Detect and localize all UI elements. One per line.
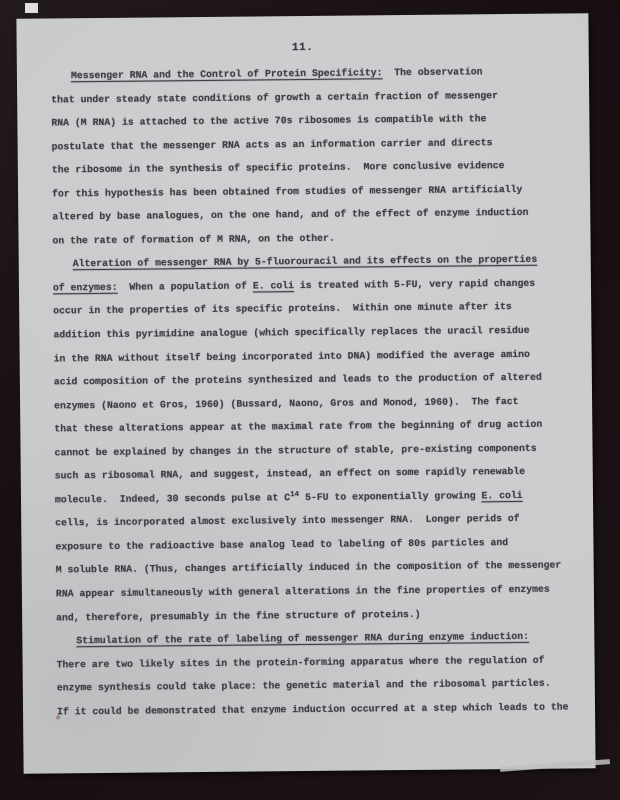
text-line: RNA appear simultaneously with general a… <box>56 578 568 606</box>
document-text: Messenger RNA and the Control of Protein… <box>51 60 569 724</box>
page-number: 11. <box>17 39 589 56</box>
film-edge-mark <box>25 3 38 13</box>
document-page: 11. Messenger RNA and the Control of Pro… <box>16 13 595 773</box>
text-line: that under steady state conditions of gr… <box>51 83 563 111</box>
photo-background: 11. Messenger RNA and the Control of Pro… <box>0 0 620 800</box>
text-line: If it could be demonstrated that enzyme … <box>57 695 569 723</box>
paper-speck <box>56 715 60 719</box>
text-line: altered by base analogues, on the one ha… <box>52 201 564 229</box>
